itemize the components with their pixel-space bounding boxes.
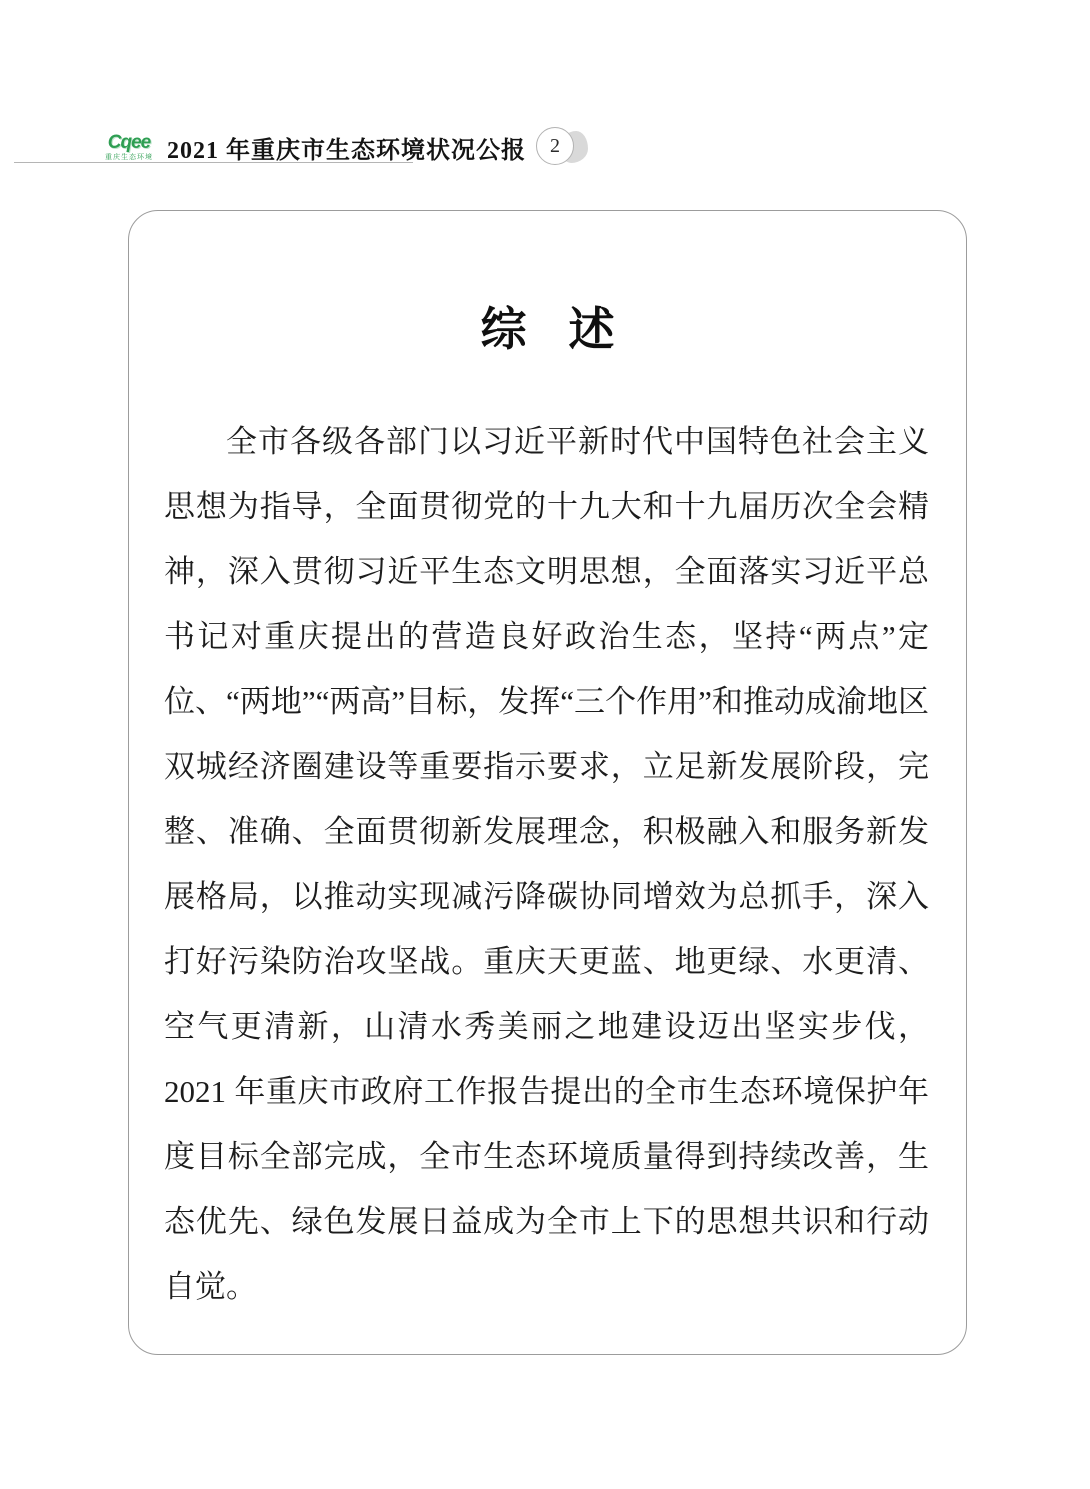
page-number-badge: 2 bbox=[536, 126, 590, 168]
page-header: Cqee 重庆生态环境 2021 年重庆市生态环境状况公报 2 bbox=[98, 126, 590, 168]
overview-paragraph: 全市各级各部门以习近平新时代中国特色社会主义思想为指导，全面贯彻党的十九大和十九… bbox=[164, 409, 929, 1319]
report-title: 2021 年重庆市生态环境状况公报 bbox=[167, 130, 526, 165]
page-number: 2 bbox=[536, 127, 574, 165]
section-title: 综述 bbox=[129, 293, 966, 359]
cqee-logo: Cqee 重庆生态环境 bbox=[98, 133, 160, 161]
logo-wordmark: Cqee bbox=[98, 133, 160, 152]
section-title-char-1: 综 bbox=[481, 303, 527, 355]
content-border-box: 综述 全市各级各部门以习近平新时代中国特色社会主义思想为指导，全面贯彻党的十九大… bbox=[128, 210, 967, 1355]
section-title-char-2: 述 bbox=[569, 303, 615, 355]
report-page: Cqee 重庆生态环境 2021 年重庆市生态环境状况公报 2 综述 全市各级各… bbox=[0, 0, 1090, 1489]
logo-subtext: 重庆生态环境 bbox=[98, 154, 160, 161]
